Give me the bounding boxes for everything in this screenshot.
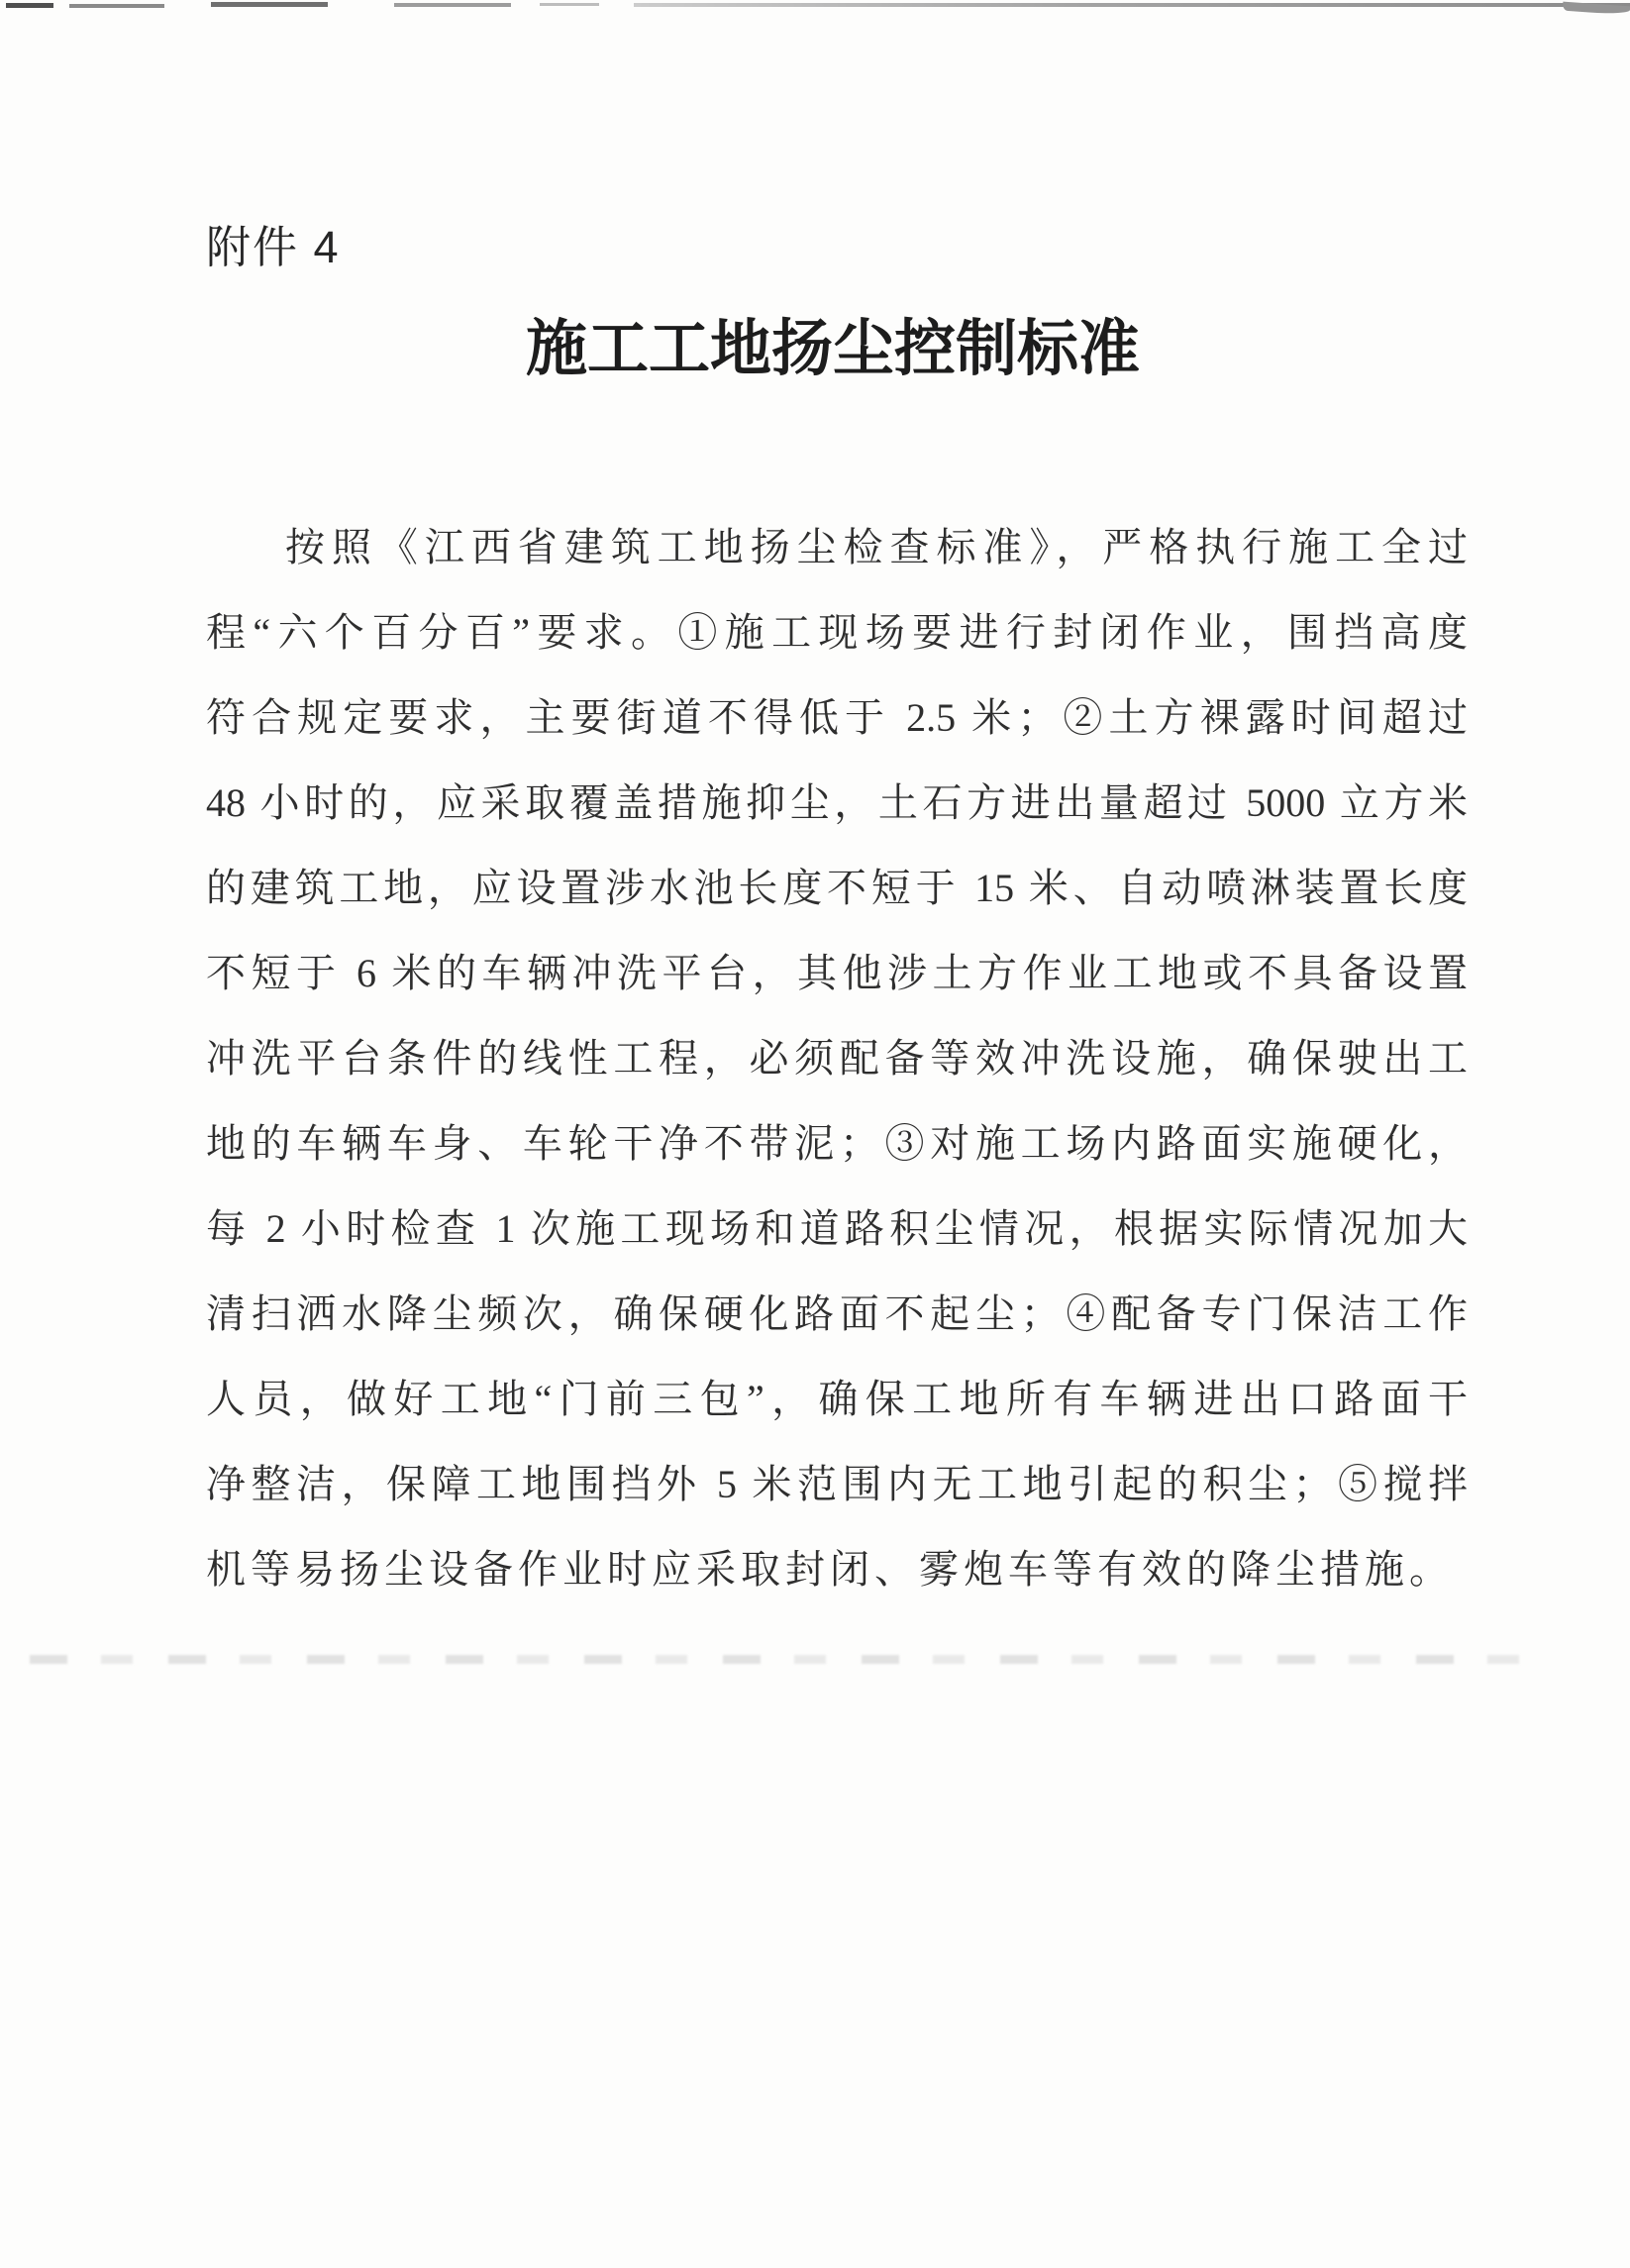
- body-line: 程“六个百分百”要求。①施工现场要进行封闭作业，围挡高度: [206, 590, 1468, 675]
- scan-dash: [6, 3, 53, 8]
- body-line: 每 2 小时检查 1 次施工现场和道路积尘情况，根据实际情况加大: [206, 1186, 1468, 1272]
- attachment-label: 附件 4: [206, 222, 341, 273]
- body-line: 符合规定要求，主要街道不得低于 2.5 米；②土方裸露时间超过: [206, 675, 1468, 761]
- body-line: 地的车辆车身、车轮干净不带泥；③对施工场内路面实施硬化，: [206, 1101, 1468, 1186]
- scan-dash: [394, 3, 511, 7]
- body-line: 按照《江西省建筑工地扬尘检查标准》，严格执行施工全过: [206, 505, 1468, 590]
- scan-artifact-smudge: [30, 1655, 1520, 1664]
- body-line: 冲洗平台条件的线性工程，必须配备等效冲洗设施，确保驶出工: [206, 1016, 1468, 1101]
- body-line: 净整洁，保障工地围挡外 5 米范围内无工地引起的积尘；⑤搅拌: [206, 1442, 1468, 1527]
- body-paragraph: 按照《江西省建筑工地扬尘检查标准》，严格执行施工全过 程“六个百分百”要求。①施…: [206, 505, 1468, 1612]
- scan-dash: [211, 2, 328, 7]
- body-line: 48 小时的，应采取覆盖措施抑尘，土石方进出量超过 5000 立方米: [206, 761, 1468, 846]
- body-line: 的建筑工地，应设置涉水池长度不短于 15 米、自动喷淋装置长度: [206, 846, 1468, 931]
- scan-artifact-top-edge: [0, 0, 1630, 24]
- body-line: 不短于 6 米的车辆冲洗平台，其他涉土方作业工地或不具备设置: [206, 931, 1468, 1016]
- scan-dash: [69, 4, 164, 8]
- body-line: 清扫洒水降尘频次，确保硬化路面不起尘；④配备专门保洁工作: [206, 1272, 1468, 1357]
- document-page: 附件 4 施工工地扬尘控制标准 按照《江西省建筑工地扬尘检查标准》，严格执行施工…: [0, 0, 1630, 2268]
- body-line: 人员，做好工地“门前三包”，确保工地所有车辆进出口路面干: [206, 1357, 1468, 1442]
- scan-line: [634, 3, 1630, 7]
- page-title: 施工工地扬尘控制标准: [526, 315, 1140, 384]
- body-line: 机等易扬尘设备作业时应采取封闭、雾炮车等有效的降尘措施。: [206, 1527, 1468, 1612]
- scan-dash: [540, 3, 599, 6]
